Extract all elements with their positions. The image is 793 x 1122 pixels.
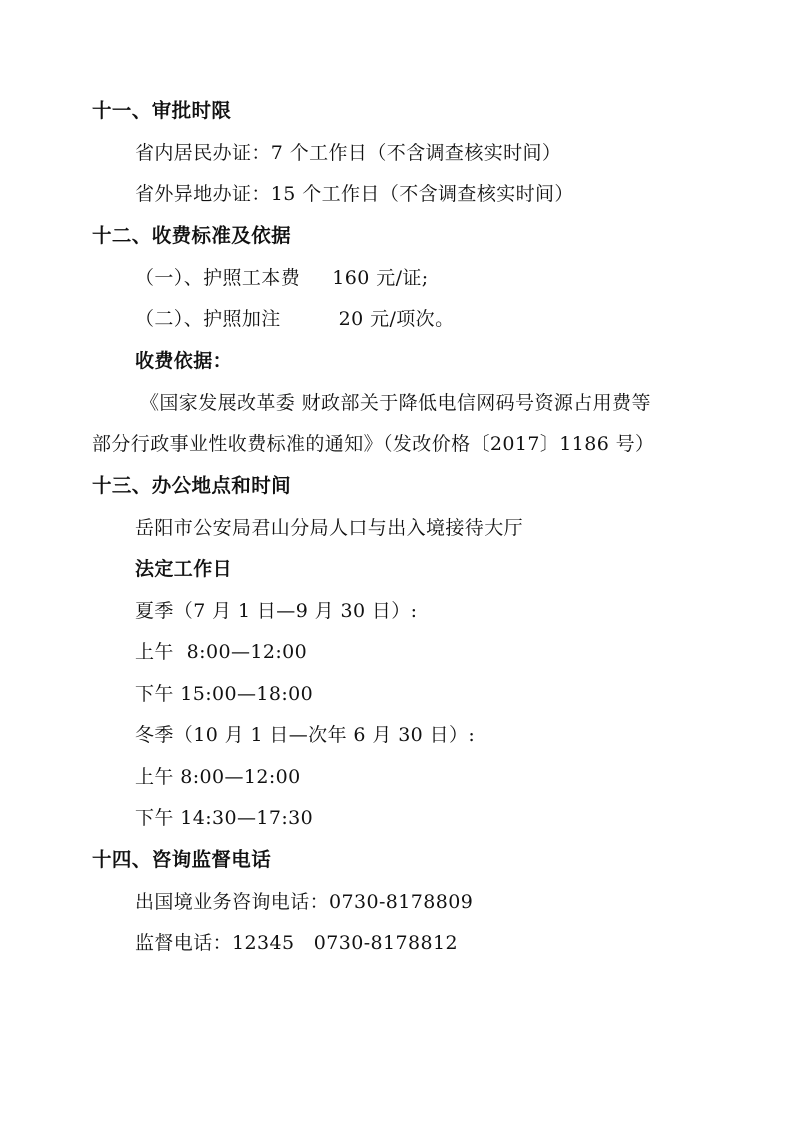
winter-morning-hours: 上午 8:00—12:00 bbox=[135, 765, 301, 789]
fee-basis-label: 收费依据： bbox=[135, 349, 232, 373]
section-heading-fees: 十二、收费标准及依据 bbox=[92, 224, 291, 248]
consult-phone: 出国境业务咨询电话：0730-8178809 bbox=[135, 890, 473, 914]
supervision-phone: 监督电话：12345 0730-8178812 bbox=[135, 931, 458, 955]
approval-time-in-province: 省内居民办证：7 个工作日（不含调查核实时间） bbox=[135, 141, 561, 165]
section-heading-office: 十三、办公地点和时间 bbox=[92, 474, 291, 498]
office-location: 岳阳市公安局君山分局人口与出入境接待大厅 bbox=[135, 516, 523, 540]
approval-time-out-province: 省外异地办证：15 个工作日（不含调查核实时间） bbox=[135, 182, 574, 206]
fee-passport-cost: （一）、护照工本费 160 元/证; bbox=[135, 266, 429, 290]
winter-afternoon-hours: 下午 14:30—17:30 bbox=[135, 806, 313, 830]
fee-basis-text-line-2: 部分行政事业性收费标准的通知》（发改价格〔2017〕1186 号） bbox=[92, 432, 654, 456]
fee-basis-text-line-1: 《国家发展改革委 财政部关于降低电信网码号资源占用费等 bbox=[140, 391, 651, 415]
section-heading-approval-time: 十一、审批时限 bbox=[92, 99, 231, 123]
section-heading-contact: 十四、咨询监督电话 bbox=[92, 848, 271, 872]
workday-label: 法定工作日 bbox=[135, 557, 232, 581]
summer-afternoon-hours: 下午 15:00—18:00 bbox=[135, 682, 313, 706]
summer-period: 夏季（7 月 1 日—9 月 30 日）: bbox=[135, 599, 417, 623]
document-page: 十一、审批时限 省内居民办证：7 个工作日（不含调查核实时间） 省外异地办证：1… bbox=[0, 0, 793, 1122]
winter-period: 冬季（10 月 1 日—次年 6 月 30 日）: bbox=[135, 723, 475, 747]
fee-passport-endorsement: （二）、护照加注 20 元/项次。 bbox=[135, 307, 454, 331]
summer-morning-hours: 上午 8:00—12:00 bbox=[135, 640, 307, 664]
